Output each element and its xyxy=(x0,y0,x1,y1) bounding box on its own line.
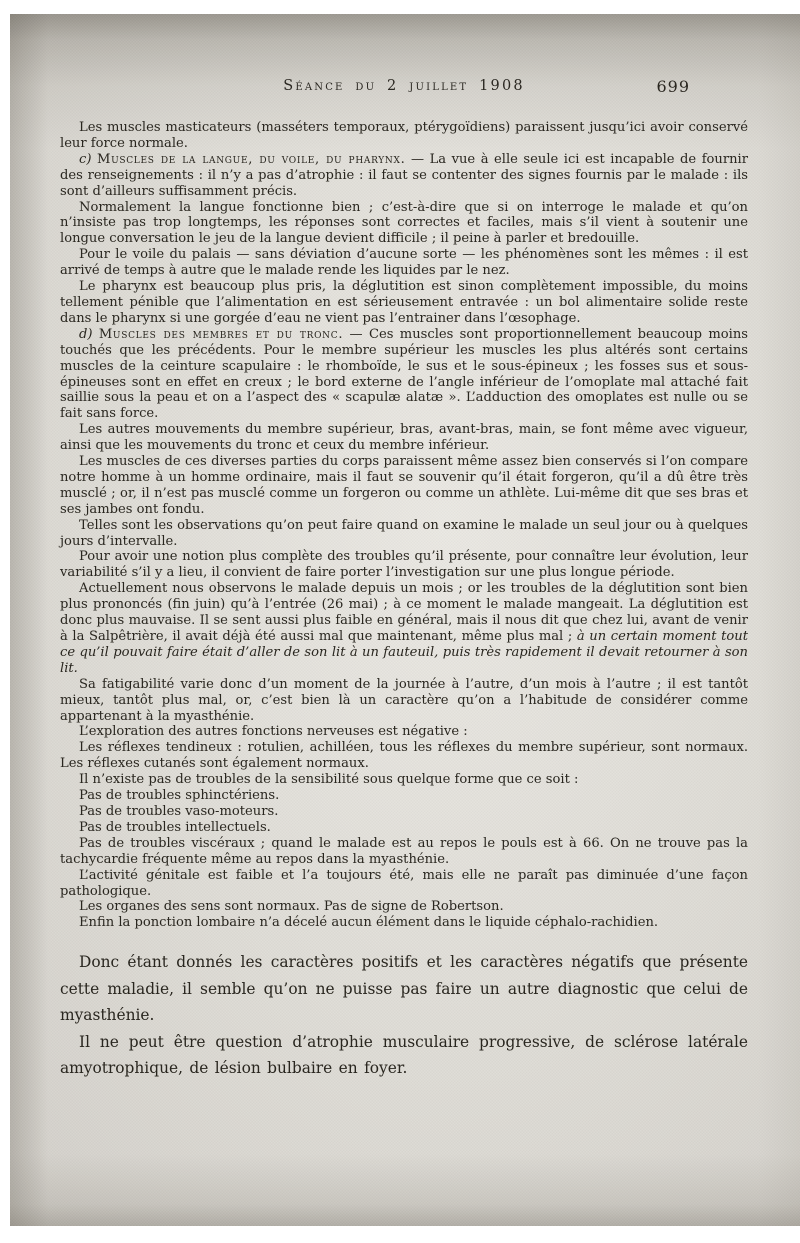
paragraph: Il n’existe pas de troubles de la sensib… xyxy=(60,772,748,788)
text-run: Donc étant donnés les caractères positif… xyxy=(60,953,748,1024)
paragraph: Telles sont les observations qu’on peut … xyxy=(60,518,748,550)
paragraph: Enfin la ponction lombaire n’a décelé au… xyxy=(60,915,748,931)
text-run: Muscles des membres et du tronc. xyxy=(99,327,343,342)
text-run: Les organes des sens sont normaux. Pas d… xyxy=(79,899,504,914)
paragraph: Sa fatigabilité varie donc d’un moment d… xyxy=(60,677,748,725)
paragraph: Pas de troubles viscéraux ; quand le mal… xyxy=(60,836,748,868)
text-run: Les muscles masticateurs (masséters temp… xyxy=(60,120,748,151)
page-content: Séance du 2 juillet 1908 699 Les muscles… xyxy=(60,78,748,1082)
text-run: Il n’existe pas de troubles de la sensib… xyxy=(79,772,578,787)
paragraph: L’exploration des autres fonctions nerve… xyxy=(60,724,748,740)
paragraph: Pour avoir une notion plus complète des … xyxy=(60,549,748,581)
paragraph: Les organes des sens sont normaux. Pas d… xyxy=(60,899,748,915)
text-run: Les autres mouvements du membre supérieu… xyxy=(60,422,748,453)
document-page: Séance du 2 juillet 1908 699 Les muscles… xyxy=(0,0,800,1243)
text-run: Pas de troubles vaso-moteurs. xyxy=(79,804,278,819)
paragraph: Pas de troubles intellectuels. xyxy=(60,820,748,836)
text-run: Pour avoir une notion plus complète des … xyxy=(60,549,748,580)
text-run: c) xyxy=(79,152,97,167)
paragraph: d) Muscles des membres et du tronc. — Ce… xyxy=(60,327,748,422)
paragraph: Les muscles de ces diverses parties du c… xyxy=(60,454,748,518)
paragraph: Pas de troubles sphinctériens. xyxy=(60,788,748,804)
paragraph: Actuellement nous observons le malade de… xyxy=(60,581,748,676)
paragraph: Donc étant donnés les caractères positif… xyxy=(60,949,748,1029)
paragraph: Normalement la langue fonctionne bien ; … xyxy=(60,200,748,248)
paragraph: L’activité génitale est faible et l’a to… xyxy=(60,868,748,900)
text-run: Muscles de la langue, du voile, du phary… xyxy=(97,152,405,167)
page-number: 699 xyxy=(656,77,690,96)
paragraph: Le pharynx est beaucoup plus pris, la dé… xyxy=(60,279,748,327)
paragraph: Pas de troubles vaso-moteurs. xyxy=(60,804,748,820)
text-run: Normalement la langue fonctionne bien ; … xyxy=(60,200,748,247)
text-run: Pour le voile du palais — sans déviation… xyxy=(60,247,748,278)
session-title: Séance du 2 juillet 1908 xyxy=(60,78,748,94)
paragraph: c) Muscles de la langue, du voile, du ph… xyxy=(60,152,748,200)
text-run: L’exploration des autres fonctions nerve… xyxy=(79,724,468,739)
page-body: Les muscles masticateurs (masséters temp… xyxy=(60,120,748,1082)
text-run: Les réflexes tendineux : rotulien, achil… xyxy=(60,740,748,771)
paragraph: Les autres mouvements du membre supérieu… xyxy=(60,422,748,454)
paragraph: Les muscles masticateurs (masséters temp… xyxy=(60,120,748,152)
text-run: Les muscles de ces diverses parties du c… xyxy=(60,454,748,517)
text-run: Il ne peut être question d’atrophie musc… xyxy=(60,1033,748,1078)
text-run: Le pharynx est beaucoup plus pris, la dé… xyxy=(60,279,748,326)
text-run: d) xyxy=(79,327,99,342)
paragraph: Pour le voile du palais — sans déviation… xyxy=(60,247,748,279)
text-run: L’activité génitale est faible et l’a to… xyxy=(60,868,748,899)
text-run: Telles sont les observations qu’on peut … xyxy=(60,518,748,549)
paragraph: Les réflexes tendineux : rotulien, achil… xyxy=(60,740,748,772)
running-header: Séance du 2 juillet 1908 699 xyxy=(60,78,748,102)
text-run: Pas de troubles sphinctériens. xyxy=(79,788,279,803)
text-run: Enfin la ponction lombaire n’a décelé au… xyxy=(79,915,658,930)
text-run: Sa fatigabilité varie donc d’un moment d… xyxy=(60,677,748,724)
text-run: Pas de troubles intellectuels. xyxy=(79,820,271,835)
paragraph: Il ne peut être question d’atrophie musc… xyxy=(60,1029,748,1082)
text-run: Pas de troubles viscéraux ; quand le mal… xyxy=(60,836,748,867)
